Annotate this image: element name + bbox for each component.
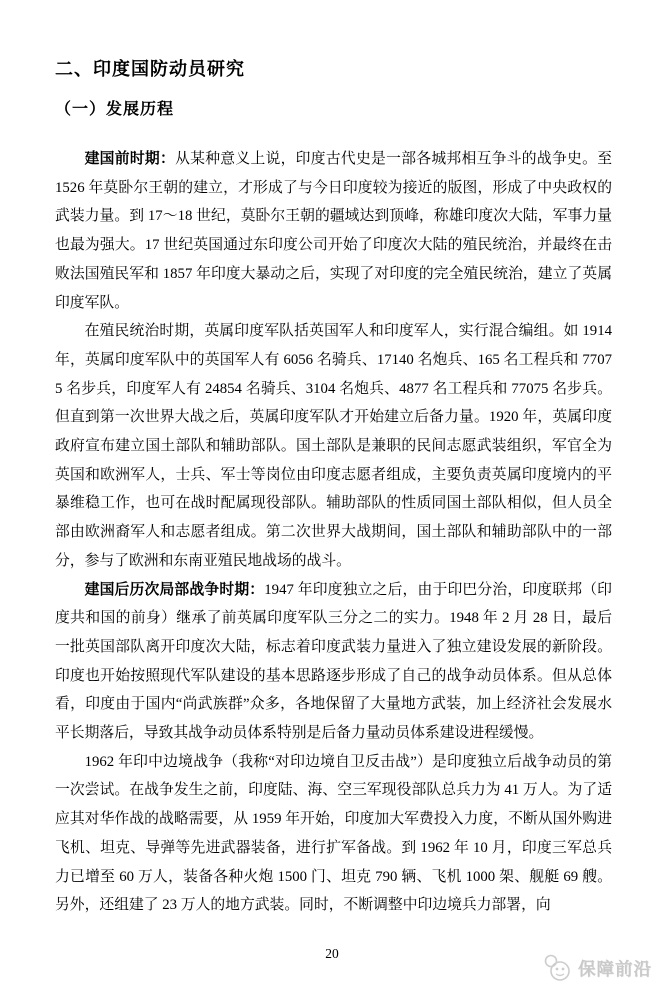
paragraph-lead: 建国前时期： xyxy=(85,151,175,167)
paragraph-lead: 建国后历次局部战争时期： xyxy=(85,582,265,598)
document-body: 建国前时期：从某种意义上说，印度古代史是一部各城邦相互争斗的战争史。至 1526… xyxy=(55,145,612,920)
paragraph-1962-war: 1962 年印中边境战争（我称“对印边境自卫反击战”）是印度独立后战争动员的第一… xyxy=(55,748,612,920)
paragraph-post-founding: 建国后历次局部战争时期：1947 年印度独立之后，由于印巴分治，印度联邦（印度共… xyxy=(55,576,612,748)
subsection-heading: （一）发展历程 xyxy=(55,100,612,120)
section-heading: 二、印度国防动员研究 xyxy=(55,58,612,80)
document-content: 二、印度国防动员研究 （一）发展历程 建国前时期：从某种意义上说，印度古代史是一… xyxy=(55,0,612,920)
document-page: 二、印度国防动员研究 （一）发展历程 建国前时期：从某种意义上说，印度古代史是一… xyxy=(0,0,664,1001)
paragraph-text: 从某种意义上说，印度古代史是一部各城邦相互争斗的战争史。至 1526 年莫卧尔王… xyxy=(55,151,612,311)
paragraph-text: 1962 年印中边境战争（我称“对印边境自卫反击战”）是印度独立后战争动员的第一… xyxy=(55,754,612,914)
paragraph-colonial-period: 在殖民统治时期，英属印度军队括英国军人和印度军人，实行混合编组。如 1914 年… xyxy=(55,317,612,575)
watermark-logo-icon xyxy=(543,951,573,985)
watermark: 保障前沿 xyxy=(543,951,652,985)
watermark-label: 保障前沿 xyxy=(578,956,652,981)
paragraph-text: 在殖民统治时期，英属印度军队括英国军人和印度军人，实行混合编组。如 1914 年… xyxy=(55,323,612,569)
paragraph-pre-founding: 建国前时期：从某种意义上说，印度古代史是一部各城邦相互争斗的战争史。至 1526… xyxy=(55,145,612,317)
paragraph-text: 1947 年印度独立之后，由于印巴分治，印度联邦（印度共和国的前身）继承了前英属… xyxy=(55,582,612,742)
